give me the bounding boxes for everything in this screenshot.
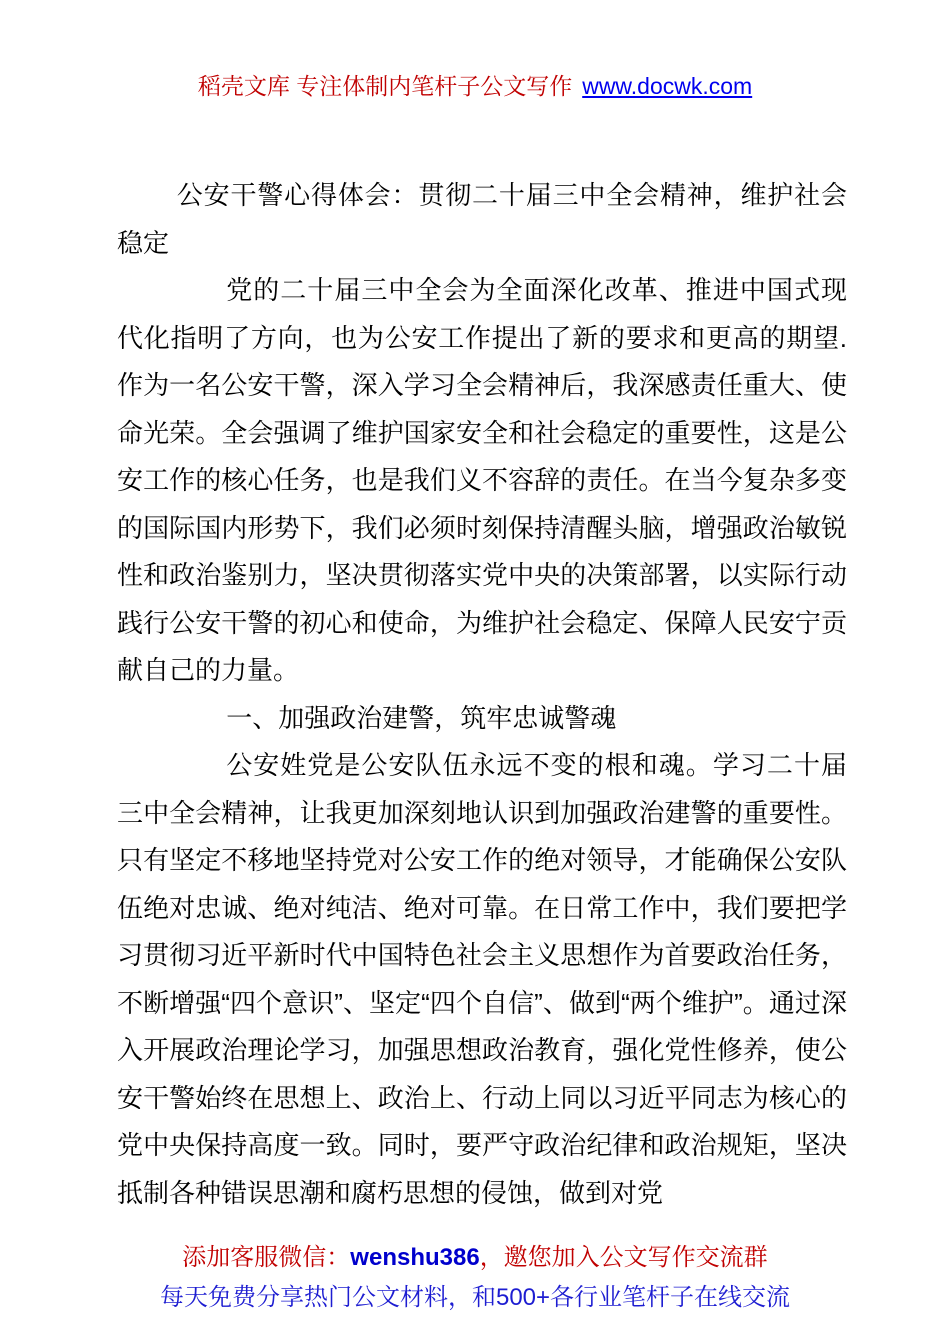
document-body: 公安干警心得体会：贯彻二十届三中全会精神，维护社会稳定 党的二十届三中全会为全面… xyxy=(117,172,847,1217)
paragraph-intro: 党的二十届三中全会为全面深化改革、推进中国式现代化指明了方向，也为公安工作提出了… xyxy=(117,267,847,695)
footer-contact-prefix: 添加客服微信： xyxy=(182,1244,350,1271)
page-footer: 添加客服微信：wenshu386，邀您加入公文写作交流群 每天免费分享热门公文材… xyxy=(0,1238,950,1318)
footer-tagline: 每天免费分享热门公文材料，和500+各行业笔杆子在线交流 xyxy=(0,1278,950,1318)
site-header: 稻壳文库 专注体制内笔杆子公文写作www.docwk.com xyxy=(0,70,950,102)
document-title: 公安干警心得体会：贯彻二十届三中全会精神，维护社会稳定 xyxy=(117,172,847,267)
site-link[interactable]: www.docwk.com xyxy=(582,73,752,99)
section-heading-1: 一、加强政治建警，筑牢忠诚警魂 xyxy=(117,695,847,743)
site-brand-text: 稻壳文库 专注体制内笔杆子公文写作 xyxy=(198,73,572,99)
footer-contact-suffix: ，邀您加入公文写作交流群 xyxy=(480,1244,768,1271)
footer-wechat-account: wenshu386 xyxy=(350,1244,479,1271)
paragraph-section-1: 公安姓党是公安队伍永远不变的根和魂。学习二十届三中全会精神，让我更加深刻地认识到… xyxy=(117,742,847,1217)
footer-contact-line: 添加客服微信：wenshu386，邀您加入公文写作交流群 xyxy=(0,1238,950,1278)
